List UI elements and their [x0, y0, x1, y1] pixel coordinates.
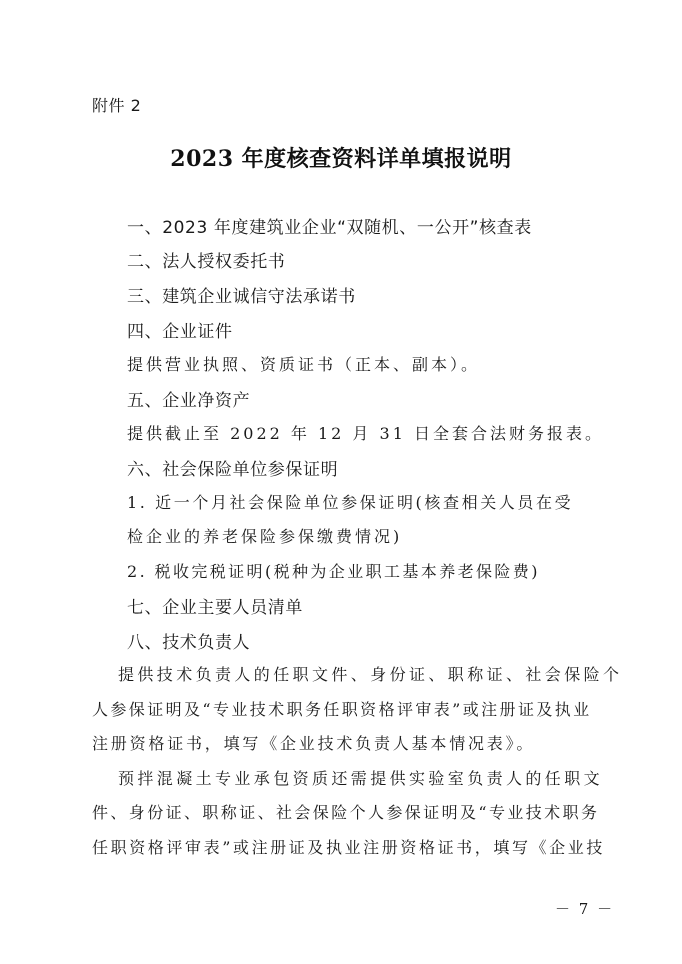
section-heading-2: 二、法人授权委托书 — [127, 247, 285, 272]
section-6-item-1-line-2: 检企业的养老保险参保缴费情况) — [127, 524, 402, 547]
document-title: 2023 年度核查资料详单填报说明 — [0, 142, 682, 173]
page-number: － 7 － — [555, 898, 614, 919]
section-6-item-2: 2. 税收完税证明(税种为企业职工基本养老保险费) — [127, 559, 540, 582]
section-heading-4: 四、企业证件 — [127, 317, 233, 342]
document-page: 附件 2 2023 年度核查资料详单填报说明 一、2023 年度建筑业企业“双随… — [0, 0, 682, 964]
attachment-label: 附件 2 — [92, 93, 141, 116]
section-heading-5: 五、企业净资产 — [127, 386, 250, 411]
section-5-body: 提供截止至 2022 年 12 月 31 日全套合法财务报表。 — [127, 421, 604, 444]
tech-lead-paragraph-1-line-2: 人参保证明及“专业技术职务任职资格评审表”或注册证及执业 — [92, 697, 604, 720]
section-heading-1: 一、2023 年度建筑业企业“双随机、一公开”核查表 — [127, 213, 532, 238]
tech-lead-paragraph-1-line-3: 注册资格证书，填写《企业技术负责人基本情况表》。 — [92, 731, 604, 754]
tech-lead-paragraph-2-line-1: 预拌混凝土专业承包资质还需提供实验室负责人的任职文 — [118, 766, 630, 789]
section-heading-6: 六、社会保险单位参保证明 — [127, 455, 338, 480]
tech-lead-paragraph-2-line-2: 件、身份证、职称证、社会保险个人参保证明及“专业技术职务 — [92, 800, 604, 823]
section-heading-3: 三、建筑企业诚信守法承诺书 — [127, 282, 356, 307]
section-heading-8: 八、技术负责人 — [127, 628, 250, 653]
tech-lead-paragraph-2-line-3: 任职资格评审表”或注册证及执业注册资格证书，填写《企业技 — [92, 835, 604, 858]
tech-lead-paragraph-1-line-1: 提供技术负责人的任职文件、身份证、职称证、社会保险个 — [118, 662, 630, 685]
section-6-item-1-line-1: 1. 近一个月社会保险单位参保证明(核查相关人员在受 — [127, 490, 573, 513]
section-4-body: 提供营业执照、资质证书（正本、副本）。 — [127, 352, 480, 375]
section-heading-7: 七、企业主要人员清单 — [127, 593, 303, 618]
